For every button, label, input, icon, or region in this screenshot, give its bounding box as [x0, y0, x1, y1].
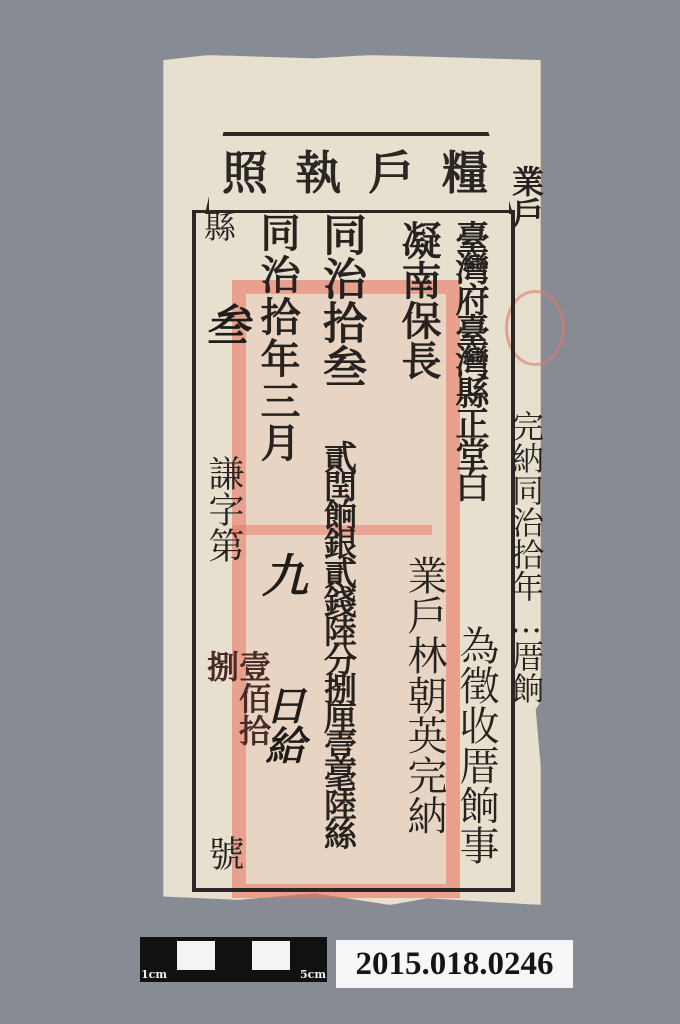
header-char-2: 執: [295, 137, 345, 203]
header-char-4: 糧: [442, 137, 492, 203]
column-county: 縣: [202, 210, 234, 250]
handwritten-day: 九: [262, 540, 308, 606]
column-purpose: 為徵收厝餉事: [456, 625, 496, 885]
column-issuing-office: 臺灣府臺灣縣正堂白: [452, 220, 486, 550]
scale-label-start: 1cm: [141, 968, 167, 981]
handwritten-issued: 日給: [262, 685, 302, 765]
scale-segment-black: [215, 941, 252, 970]
scale-segment-black: [140, 941, 177, 970]
column-stub-text: 完納同治拾年…厝餉: [510, 410, 542, 830]
header-char-3: 戶: [369, 137, 419, 203]
column-era-year: 同治拾叁: [318, 212, 362, 442]
column-issue-date: 同治拾年三月: [257, 212, 297, 522]
column-serial-suffix: 號: [205, 835, 241, 875]
scale-bar: 1cm 5cm: [140, 937, 327, 982]
column-district: 凝南保長: [398, 220, 438, 440]
header-title: 照 執 戶 糧: [222, 140, 492, 200]
column-tax-amount: 貳閏餉銀貳錢陸分捌厘壹毫陸絲: [322, 440, 355, 880]
scale-segment-white: [177, 941, 214, 970]
scale-segment-white: [252, 941, 289, 970]
column-stub-top: 業戶: [510, 165, 542, 245]
handwritten-county-mark: 叁: [205, 290, 249, 354]
header-char-1: 照: [222, 137, 272, 203]
column-serial-prefix: 謙字第: [205, 455, 241, 605]
scale-segment-black: [290, 941, 327, 970]
scale-label-end: 5cm: [300, 968, 326, 981]
accession-number-tag: 2015.018.0246: [336, 940, 573, 988]
column-payer: 業戶林朝英完納: [404, 555, 444, 885]
